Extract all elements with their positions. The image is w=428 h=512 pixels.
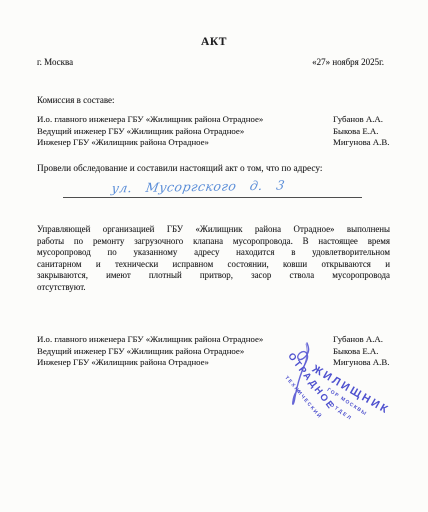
signatory-title: Ведущий инженер ГБУ «Жилищник района Отр… [37,346,244,356]
signatory-row: Ведущий инженер ГБУ «Жилищник района Отр… [37,346,390,358]
body-line: санитарном и технически исправном состоя… [37,259,390,271]
stamp-dept-line1: ТЕХНИЧЕСКИЙ [283,375,322,420]
scanned-act-document: АКТ г. Москва «27» ноября 2025г. Комисси… [0,0,428,512]
member-title: И.о. главного инженера ГБУ «Жилищник рай… [37,114,263,124]
member-name: Мигунова А.В. [333,137,389,149]
signatory-name: Губанов А.А. [333,334,383,346]
body-line: отсутствуют. [37,282,390,294]
signatory-row: Инженер ГБУ «Жилищник района Отрадное» М… [37,357,390,369]
address-underline [63,197,362,198]
signatory-name: Мигунова А.В. [333,357,389,369]
commission-member-row: Инженер ГБУ «Жилищник района Отрадное» М… [37,137,390,149]
stamp-word-zhilishchnik: ЖИЛИЩНИК [310,363,392,417]
member-name: Быкова Е.А. [333,126,378,138]
commission-member-row: И.о. главного инженера ГБУ «Жилищник рай… [37,114,390,126]
body-line: работы по ремонту загрузочного клапана м… [37,236,390,248]
body-line: Управляющей организацией ГБУ «Жилищник р… [37,224,390,236]
document-date: «27» ноября 2025г. [312,57,384,67]
member-title: Инженер ГБУ «Жилищник района Отрадное» [37,137,209,147]
body-line: мусоропровод по указанному адресу находи… [37,247,390,259]
signatory-name: Быкова Е.А. [333,346,378,358]
member-name: Губанов А.А. [333,114,383,126]
signatory-title: И.о. главного инженера ГБУ «Жилищник рай… [37,334,263,344]
commission-member-row: Ведущий инженер ГБУ «Жилищник района Отр… [37,126,390,138]
document-city: г. Москва [37,57,73,67]
commission-heading: Комиссия в составе: [37,95,115,105]
body-line: закрываются, имеют плотный притвор, засо… [37,270,390,282]
signature-block: И.о. главного инженера ГБУ «Жилищник рай… [37,334,390,369]
stamp-dept-line2: ОТДЕЛ [328,402,353,422]
document-title: АКТ [0,36,428,48]
statement-line: Провели обследование и составили настоящ… [37,164,397,174]
member-title: Ведущий инженер ГБУ «Жилищник района Отр… [37,126,244,136]
act-body-paragraph: Управляющей организацией ГБУ «Жилищник р… [37,224,390,293]
commission-members: И.о. главного инженера ГБУ «Жилищник рай… [37,114,390,149]
stamp-city-small: ГОР МОСКВЫ [326,387,368,417]
handwritten-address: ул. Мусоргского д. 3 [111,177,287,195]
signatory-title: Инженер ГБУ «Жилищник района Отрадное» [37,357,209,367]
signatory-row: И.о. главного инженера ГБУ «Жилищник рай… [37,334,390,346]
